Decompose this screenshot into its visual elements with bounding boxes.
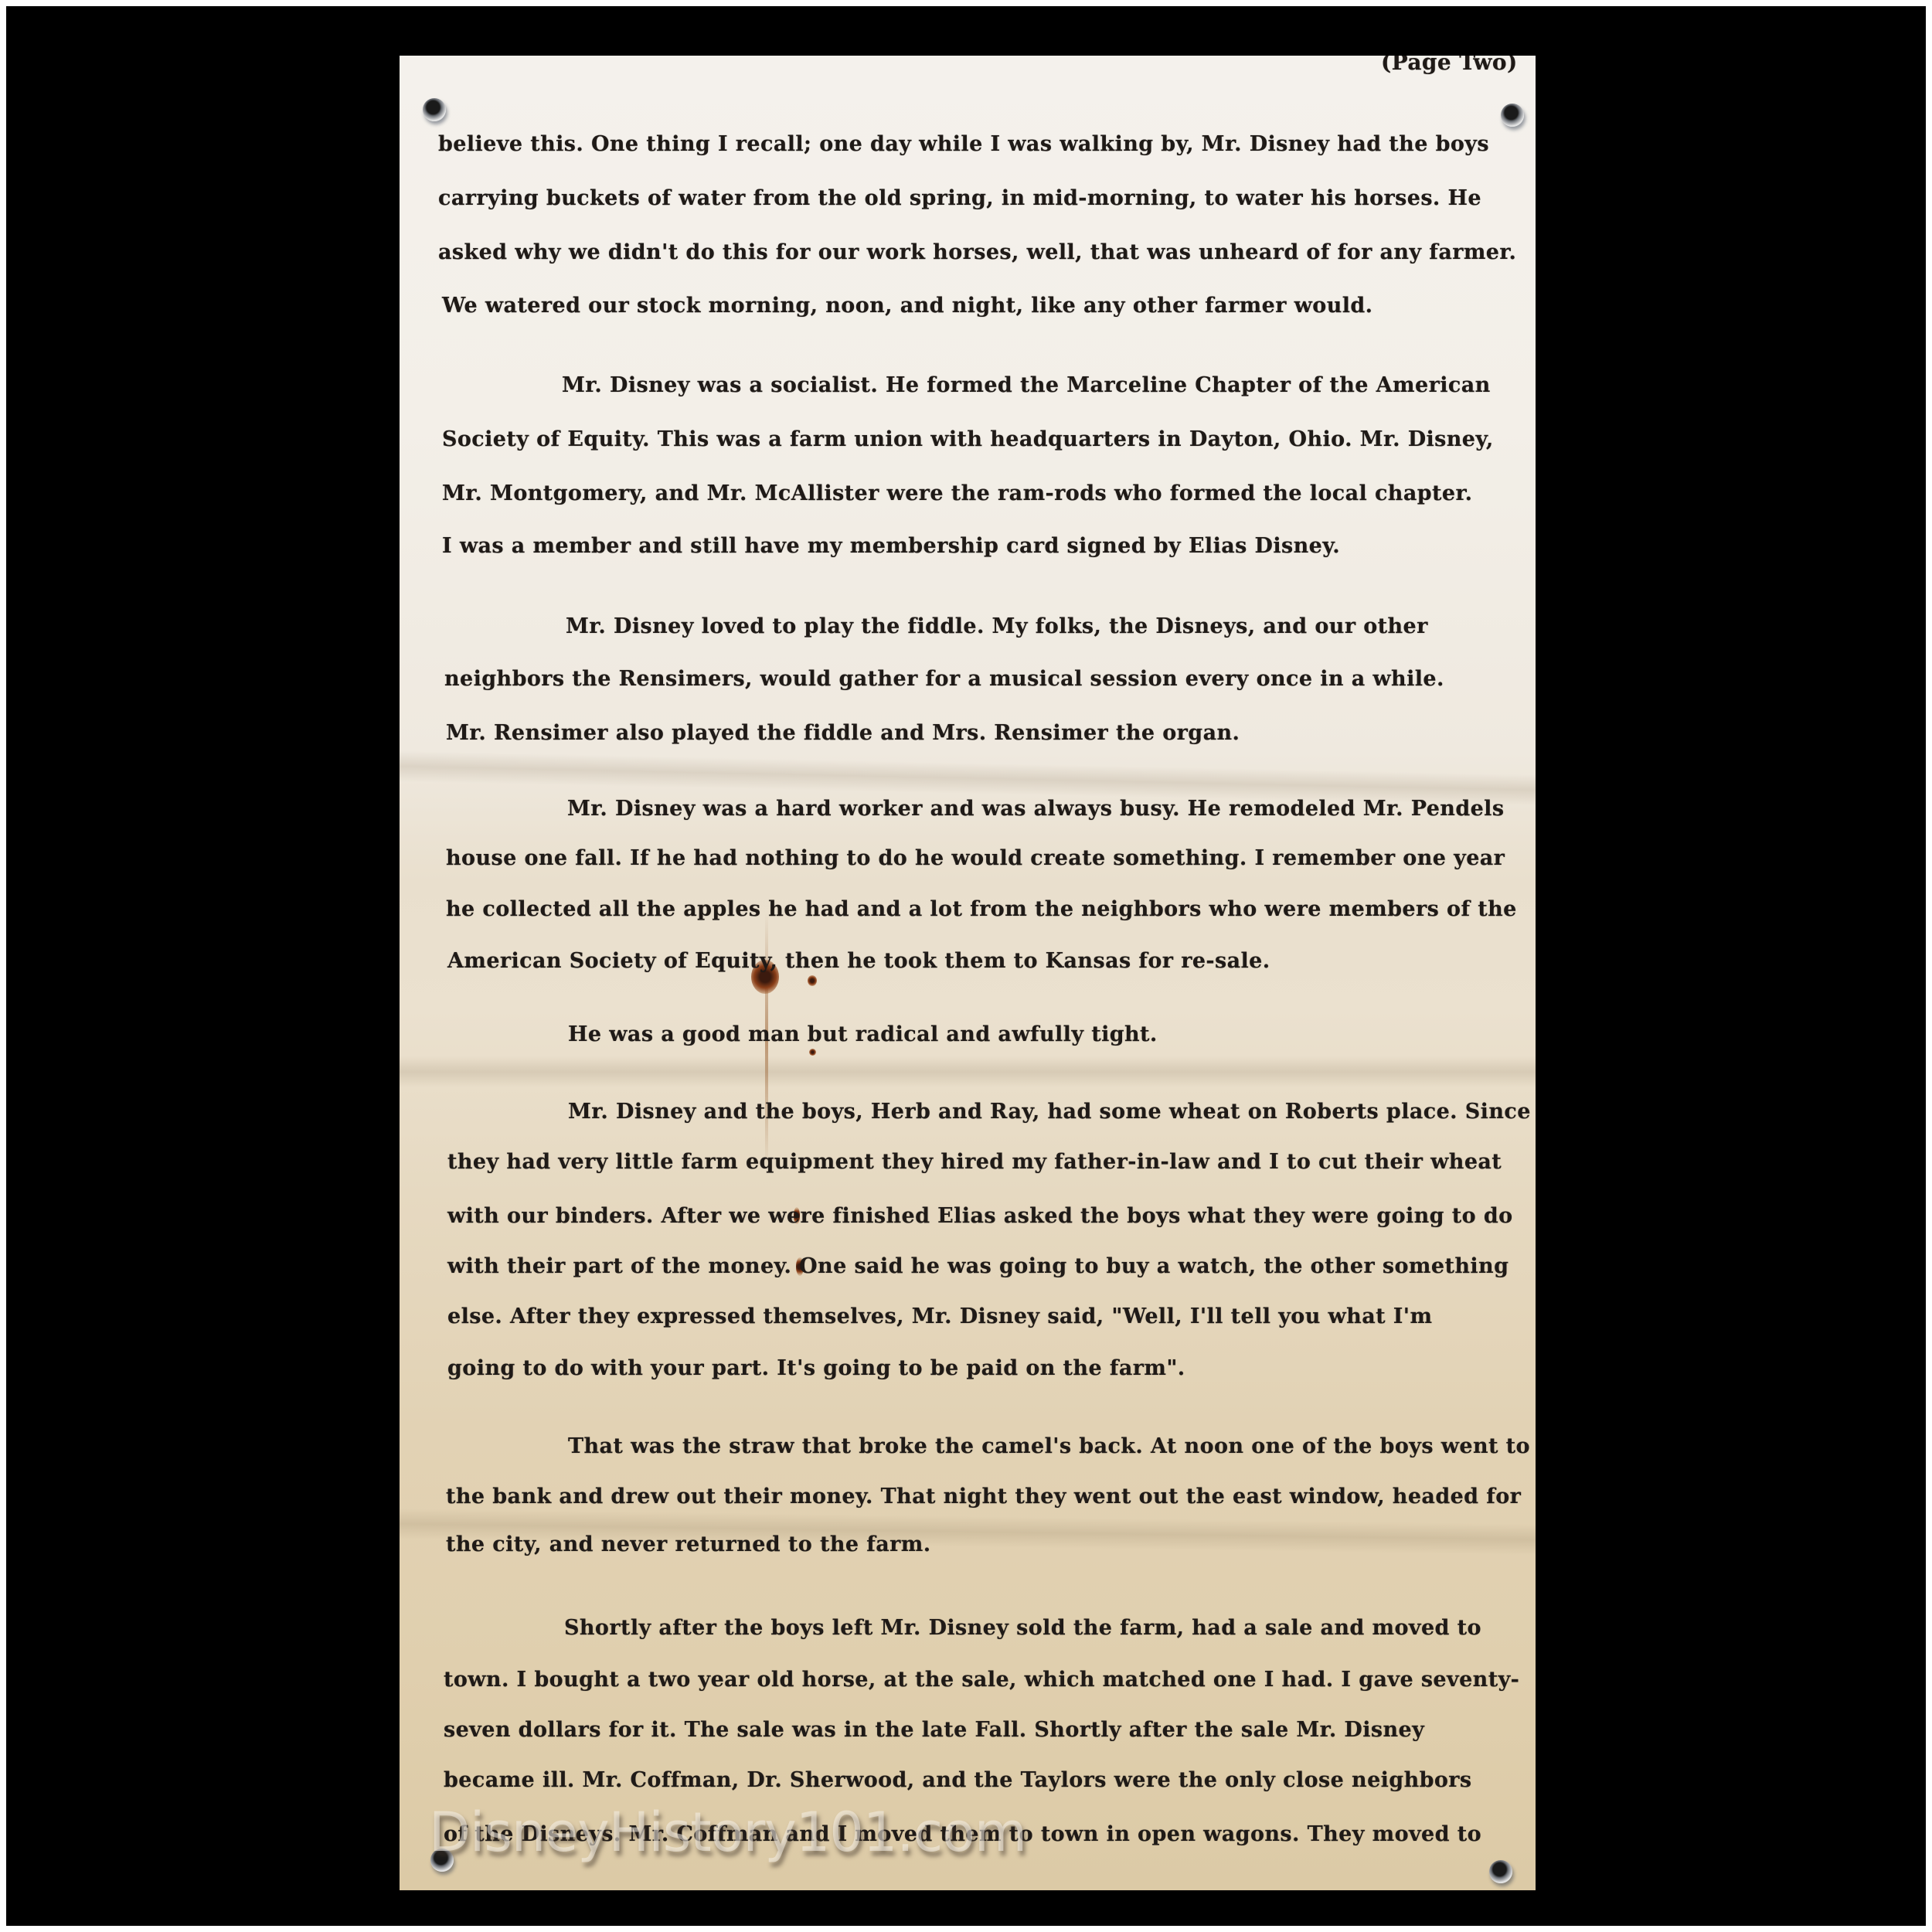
page-number-header: (Page Two) [1381, 56, 1518, 76]
text-line: else. After they expressed themselves, M… [447, 1304, 1432, 1330]
text-line: Mr. Disney was a hard worker and was alw… [567, 796, 1504, 822]
text-line: believe this. One thing I recall; one da… [438, 131, 1489, 158]
text-line: Mr. Disney loved to play the fiddle. My … [566, 614, 1428, 640]
text-line: going to do with your part. It's going t… [447, 1355, 1185, 1382]
text-line: the bank and drew out their money. That … [446, 1484, 1521, 1510]
text-line: We watered our stock morning, noon, and … [442, 293, 1372, 319]
text-line: they had very little farm equipment they… [447, 1149, 1502, 1175]
rust-stain [808, 975, 817, 986]
text-line: I was a member and still have my members… [442, 533, 1340, 560]
text-line: Mr. Montgomery, and Mr. McAllister were … [442, 481, 1472, 507]
text-line: he collected all the apples he had and a… [446, 896, 1517, 923]
paper-crease [400, 1056, 1536, 1087]
text-line: Shortly after the boys left Mr. Disney s… [564, 1615, 1481, 1641]
text-line: became ill. Mr. Coffman, Dr. Sherwood, a… [444, 1767, 1472, 1794]
screw-top-left-icon [423, 98, 446, 121]
text-line: with their part of the money. One said h… [447, 1253, 1509, 1280]
text-line: Mr. Rensimer also played the fiddle and … [446, 720, 1240, 747]
text-line: Mr. Disney and the boys, Herb and Ray, h… [568, 1099, 1531, 1125]
text-line: American Society of Equity, then he took… [447, 948, 1270, 975]
text-line: the city, and never returned to the farm… [446, 1532, 931, 1558]
text-line: house one fall. If he had nothing to do … [446, 845, 1505, 872]
text-line: Society of Equity. This was a farm union… [442, 427, 1494, 453]
watermark: DisneyHistory101.com [429, 1801, 1026, 1864]
text-line: neighbors the Rensimers, would gather fo… [444, 666, 1444, 692]
screw-bottom-right-icon [1489, 1860, 1512, 1883]
document-page: (Page Two) believe this. One thing I rec… [400, 56, 1536, 1890]
text-line: town. I bought a two year old horse, at … [444, 1667, 1519, 1693]
text-line: Mr. Disney was a socialist. He formed th… [562, 372, 1491, 399]
text-line: He was a good man but radical and awfull… [568, 1022, 1158, 1048]
text-line: asked why we didn't do this for our work… [438, 240, 1516, 266]
text-line: seven dollars for it. The sale was in th… [444, 1717, 1424, 1743]
text-line: with our binders. After we were finished… [447, 1203, 1513, 1230]
screw-top-right-icon [1501, 104, 1524, 127]
text-line: carrying buckets of water from the old s… [438, 185, 1481, 212]
rust-stain [809, 1049, 816, 1056]
text-line: That was the straw that broke the camel'… [568, 1434, 1530, 1460]
